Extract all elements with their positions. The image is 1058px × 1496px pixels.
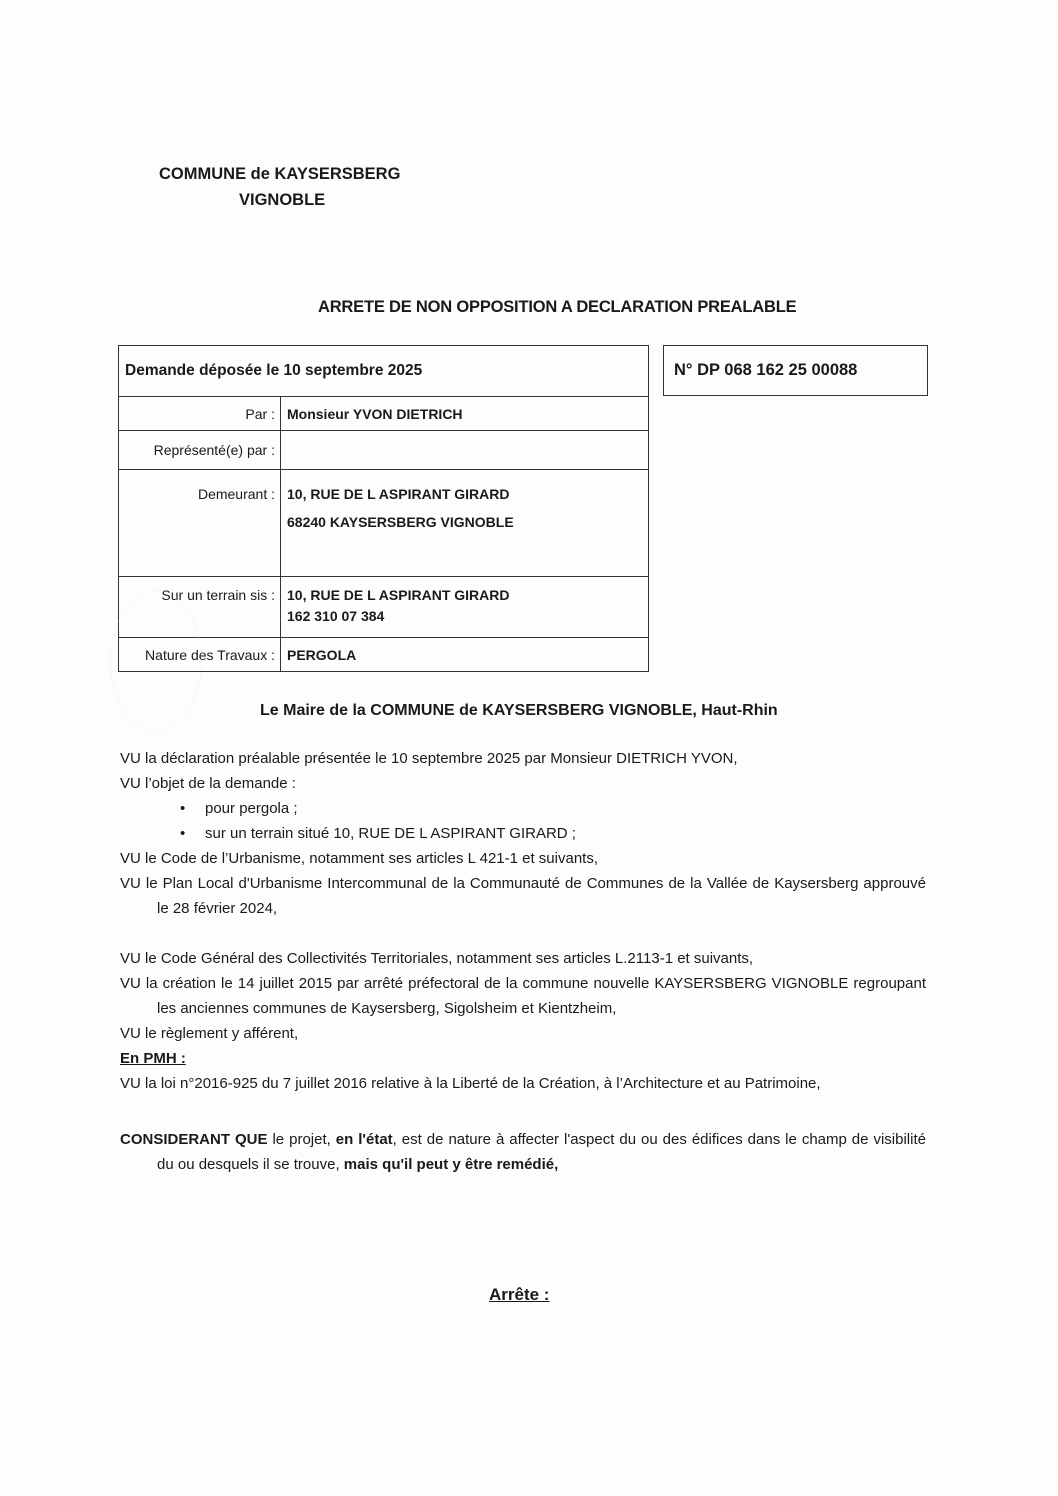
vu-plui: VU le Plan Local d'Urbanisme Intercommun… xyxy=(120,871,926,921)
pmh-heading: En PMH : xyxy=(120,1046,926,1071)
request-info-table: Demande déposée le 10 septembre 2025 Par… xyxy=(118,345,649,672)
residence-label: Demeurant : xyxy=(119,470,281,577)
vu-creation-commune: VU la création le 14 juillet 2015 par ar… xyxy=(120,971,926,1021)
arrete-heading: Arrête : xyxy=(489,1285,549,1305)
list-item: sur un terrain situé 10, RUE DE L ASPIRA… xyxy=(180,821,926,846)
land-value: 10, RUE DE L ASPIRANT GIRARD 162 310 07 … xyxy=(281,577,649,638)
applicant-value: Monsieur YVON DIETRICH xyxy=(281,397,649,431)
considerant: CONSIDERANT QUE le projet, en l'état, es… xyxy=(120,1127,926,1177)
commune-header: COMMUNE de KAYSERSBERG VIGNOBLE xyxy=(159,161,400,213)
vu-loi-lcap: VU la loi n°2016-925 du 7 juillet 2016 r… xyxy=(120,1071,926,1096)
vu-declaration: VU la déclaration préalable présentée le… xyxy=(120,746,926,771)
land-street: 10, RUE DE L ASPIRANT GIRARD xyxy=(287,585,642,606)
dp-number: N° DP 068 162 25 00088 xyxy=(674,361,857,380)
considerations-body: VU la déclaration préalable présentée le… xyxy=(120,746,926,1177)
maire-heading: Le Maire de la COMMUNE de KAYSERSBERG VI… xyxy=(260,702,778,720)
table-row: Par : Monsieur YVON DIETRICH xyxy=(119,397,649,431)
deposit-row: Demande déposée le 10 septembre 2025 xyxy=(119,346,649,397)
considerant-emphasis-2: mais qu'il peut y être remédié, xyxy=(344,1156,558,1173)
faded-stamp xyxy=(110,590,202,732)
list-item: pour pergola ; xyxy=(180,796,926,821)
residence-value: 10, RUE DE L ASPIRANT GIRARD 68240 KAYSE… xyxy=(281,470,649,577)
considerant-emphasis-1: en l'état xyxy=(336,1131,393,1148)
representative-label: Représenté(e) par : xyxy=(119,431,281,470)
table-row: Sur un terrain sis : 10, RUE DE L ASPIRA… xyxy=(119,577,649,638)
table-row: Demeurant : 10, RUE DE L ASPIRANT GIRARD… xyxy=(119,470,649,577)
commune-name-line2: VIGNOBLE xyxy=(159,187,400,213)
vu-objet: VU l’objet de la demande : xyxy=(120,771,926,796)
vu-cgct: VU le Code Général des Collectivités Ter… xyxy=(120,946,926,971)
objet-list: pour pergola ; sur un terrain situé 10, … xyxy=(120,796,926,846)
deposit-date: Demande déposée le 10 septembre 2025 xyxy=(119,346,649,397)
document-title: ARRETE DE NON OPPOSITION A DECLARATION P… xyxy=(318,298,796,317)
considerant-text-1: le projet, xyxy=(267,1131,335,1148)
residence-city: 68240 KAYSERSBERG VIGNOBLE xyxy=(287,508,642,536)
table-row: Représenté(e) par : xyxy=(119,431,649,470)
commune-name-line1: COMMUNE de KAYSERSBERG xyxy=(159,161,400,187)
residence-street: 10, RUE DE L ASPIRANT GIRARD xyxy=(287,480,642,508)
applicant-label: Par : xyxy=(119,397,281,431)
vu-reglement: VU le règlement y afférent, xyxy=(120,1021,926,1046)
works-value: PERGOLA xyxy=(281,638,649,672)
considerant-lead: CONSIDERANT QUE xyxy=(120,1131,267,1148)
land-parcel: 162 310 07 384 xyxy=(287,606,642,627)
representative-value xyxy=(281,431,649,470)
dp-number-box: N° DP 068 162 25 00088 xyxy=(663,345,928,396)
vu-code-urbanisme: VU le Code de l’Urbanisme, notamment ses… xyxy=(120,846,926,871)
